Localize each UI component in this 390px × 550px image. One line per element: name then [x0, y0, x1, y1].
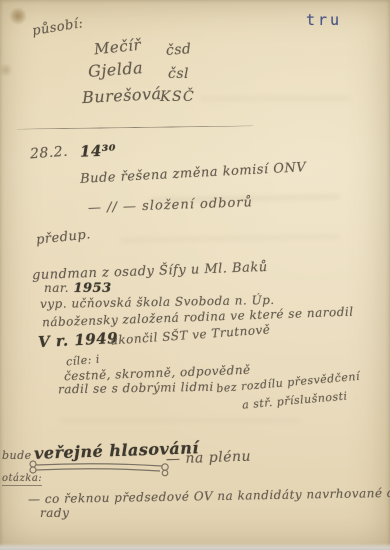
showthrough-smudge: [200, 96, 350, 101]
footer-question-line: rady: [40, 506, 69, 520]
note-line-goals: cíle: i: [65, 353, 100, 369]
attendee-party: čsd: [165, 41, 192, 59]
underline-flourish: [24, 458, 174, 478]
birth-year: 1953: [73, 281, 111, 296]
birth-prefix: nar.: [44, 281, 73, 295]
attendee-name: Burešová: [82, 84, 162, 107]
footer-margin-label: otázka:: [2, 473, 42, 486]
note-line-affiliation: a stř. příslušnosti: [242, 389, 348, 411]
footer-question-line: — co řeknou předsedové OV na kandidáty n…: [28, 486, 390, 507]
attendee-name: Mečíř: [93, 36, 142, 59]
attendee-party: KSČ: [160, 89, 195, 105]
scanned-handwritten-page: tru působí: Mečíř čsd Gjelda čsl Burešov…: [0, 0, 390, 550]
note-year: V r. 1949: [38, 329, 119, 351]
meeting-date: 28.2.: [29, 144, 68, 163]
attendee-party: čsl: [168, 66, 189, 82]
note-line-advice: radil se s dobrými lidmi: [58, 380, 214, 397]
scan-edge-strip: [0, 543, 390, 550]
note-line-birth: nar. 1953: [44, 281, 112, 296]
attendee-name: Gjelda: [87, 58, 143, 81]
showthrough-smudge: [60, 418, 300, 423]
meeting-note-line: — // — složení odborů: [88, 195, 253, 216]
meeting-time: 14³⁰: [80, 141, 117, 160]
attendees-label: působí:: [31, 16, 84, 39]
note-line-origin: gundman z osady Šífy u Ml. Baků: [32, 260, 268, 283]
showthrough-smudge: [120, 234, 340, 243]
notes-label: předup.: [35, 227, 91, 248]
meeting-note-line: Bude řešena změna komisí ONV: [80, 160, 307, 187]
archive-stamp: tru: [306, 11, 342, 29]
footer-suffix: — na plénu: [166, 449, 252, 468]
pencil-divider-line: [16, 125, 254, 129]
